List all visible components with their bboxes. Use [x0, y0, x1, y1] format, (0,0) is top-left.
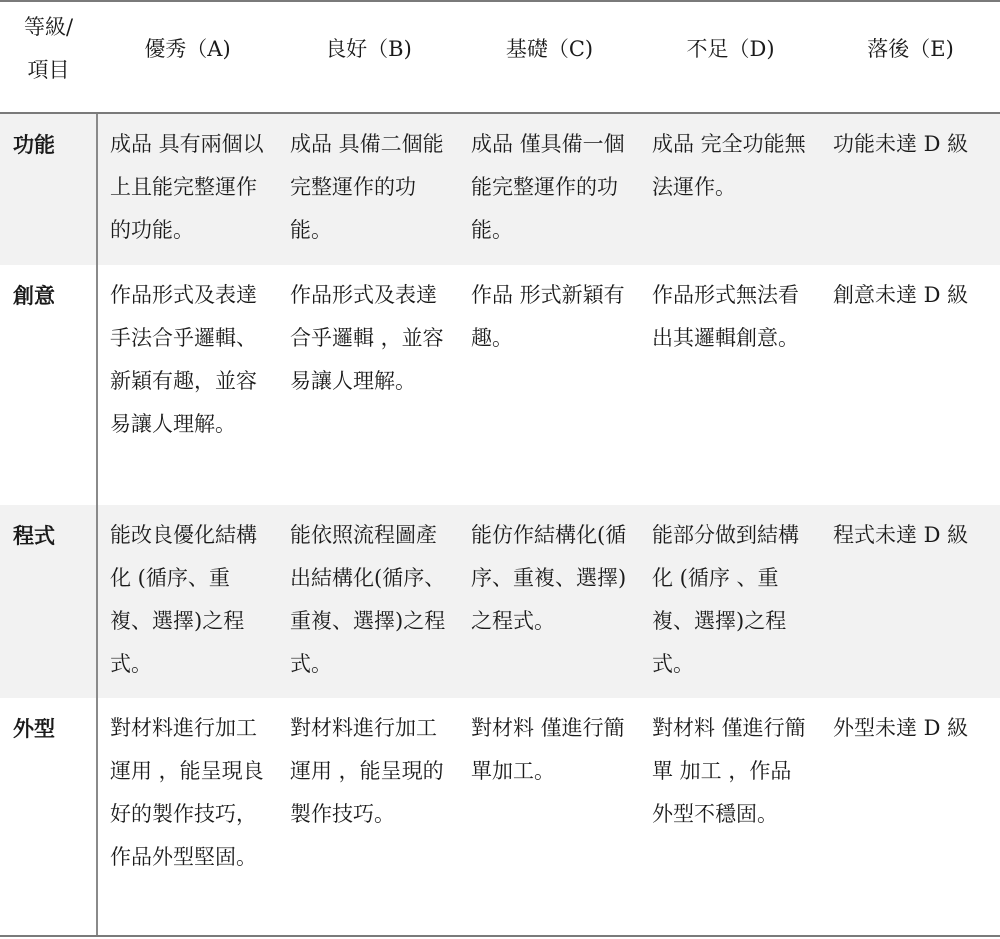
row-label-creativity: 創意	[0, 265, 97, 505]
row-label-appearance: 外型	[0, 698, 97, 936]
corner-header: 等級/ 項目	[0, 1, 97, 113]
table-cell: 能依照流程圖產出結構化(循序、重複、選擇)之程式。	[278, 505, 459, 698]
table-row: 功能 成品 具有兩個以上且能完整運作的功能。 成品 具備二個能完整運作的功能。 …	[0, 113, 1000, 265]
table-cell: 成品 僅具備一個能完整運作的功能。	[459, 113, 640, 265]
table-cell: 外型未達 D 級	[821, 698, 1000, 936]
column-header-insufficient: 不足（D)	[640, 1, 821, 113]
corner-label-level: 等級/	[0, 6, 97, 49]
column-header-basic: 基礎（C)	[459, 1, 640, 113]
table-cell: 能部分做到結構化 (循序 、重複、選擇)之程式。	[640, 505, 821, 698]
table-row: 創意 作品形式及表達手法合乎邏輯、新穎有趣，並容易讓人理解。 作品形式及表達合乎…	[0, 265, 1000, 505]
grading-rubric-table: 等級/ 項目 優秀（A) 良好（B) 基礎（C) 不足（D) 落後（E) 功能 …	[0, 0, 1000, 937]
table-cell: 能改良優化結構化 (循序、重複、選擇)之程式。	[97, 505, 278, 698]
table-cell: 成品 具備二個能完整運作的功能。	[278, 113, 459, 265]
table-cell: 對材料進行加工運用 ，能呈現良好的製作技巧，作品外型堅固。	[97, 698, 278, 936]
corner-label-item: 項目	[0, 49, 97, 92]
table-cell: 作品形式及表達合乎邏輯 ，並容易讓人理解。	[278, 265, 459, 505]
table-cell: 程式未達 D 級	[821, 505, 1000, 698]
table-row: 程式 能改良優化結構化 (循序、重複、選擇)之程式。 能依照流程圖產出結構化(循…	[0, 505, 1000, 698]
header-row: 等級/ 項目 優秀（A) 良好（B) 基礎（C) 不足（D) 落後（E)	[0, 1, 1000, 113]
column-header-lagging: 落後（E)	[821, 1, 1000, 113]
table-cell: 作品形式及表達手法合乎邏輯、新穎有趣，並容易讓人理解。	[97, 265, 278, 505]
column-header-excellent: 優秀（A)	[97, 1, 278, 113]
table-cell: 創意未達 D 級	[821, 265, 1000, 505]
table-cell: 對材料 僅進行簡單加工。	[459, 698, 640, 936]
table-cell: 功能未達 D 級	[821, 113, 1000, 265]
row-label-program: 程式	[0, 505, 97, 698]
table-cell: 作品形式無法看出其邏輯創意。	[640, 265, 821, 505]
column-header-good: 良好（B)	[278, 1, 459, 113]
table-row: 外型 對材料進行加工運用 ，能呈現良好的製作技巧，作品外型堅固。 對材料進行加工…	[0, 698, 1000, 936]
row-label-function: 功能	[0, 113, 97, 265]
table-cell: 對材料進行加工運用 ，能呈現的製作技巧。	[278, 698, 459, 936]
table-cell: 成品 具有兩個以上且能完整運作的功能。	[97, 113, 278, 265]
table-cell: 作品 形式新穎有趣。	[459, 265, 640, 505]
table-cell: 能仿作結構化(循序、重複、選擇)之程式。	[459, 505, 640, 698]
table-cell: 對材料 僅進行簡單 加工 ，作品外型不穩固。	[640, 698, 821, 936]
table-cell: 成品 完全功能無法運作。	[640, 113, 821, 265]
